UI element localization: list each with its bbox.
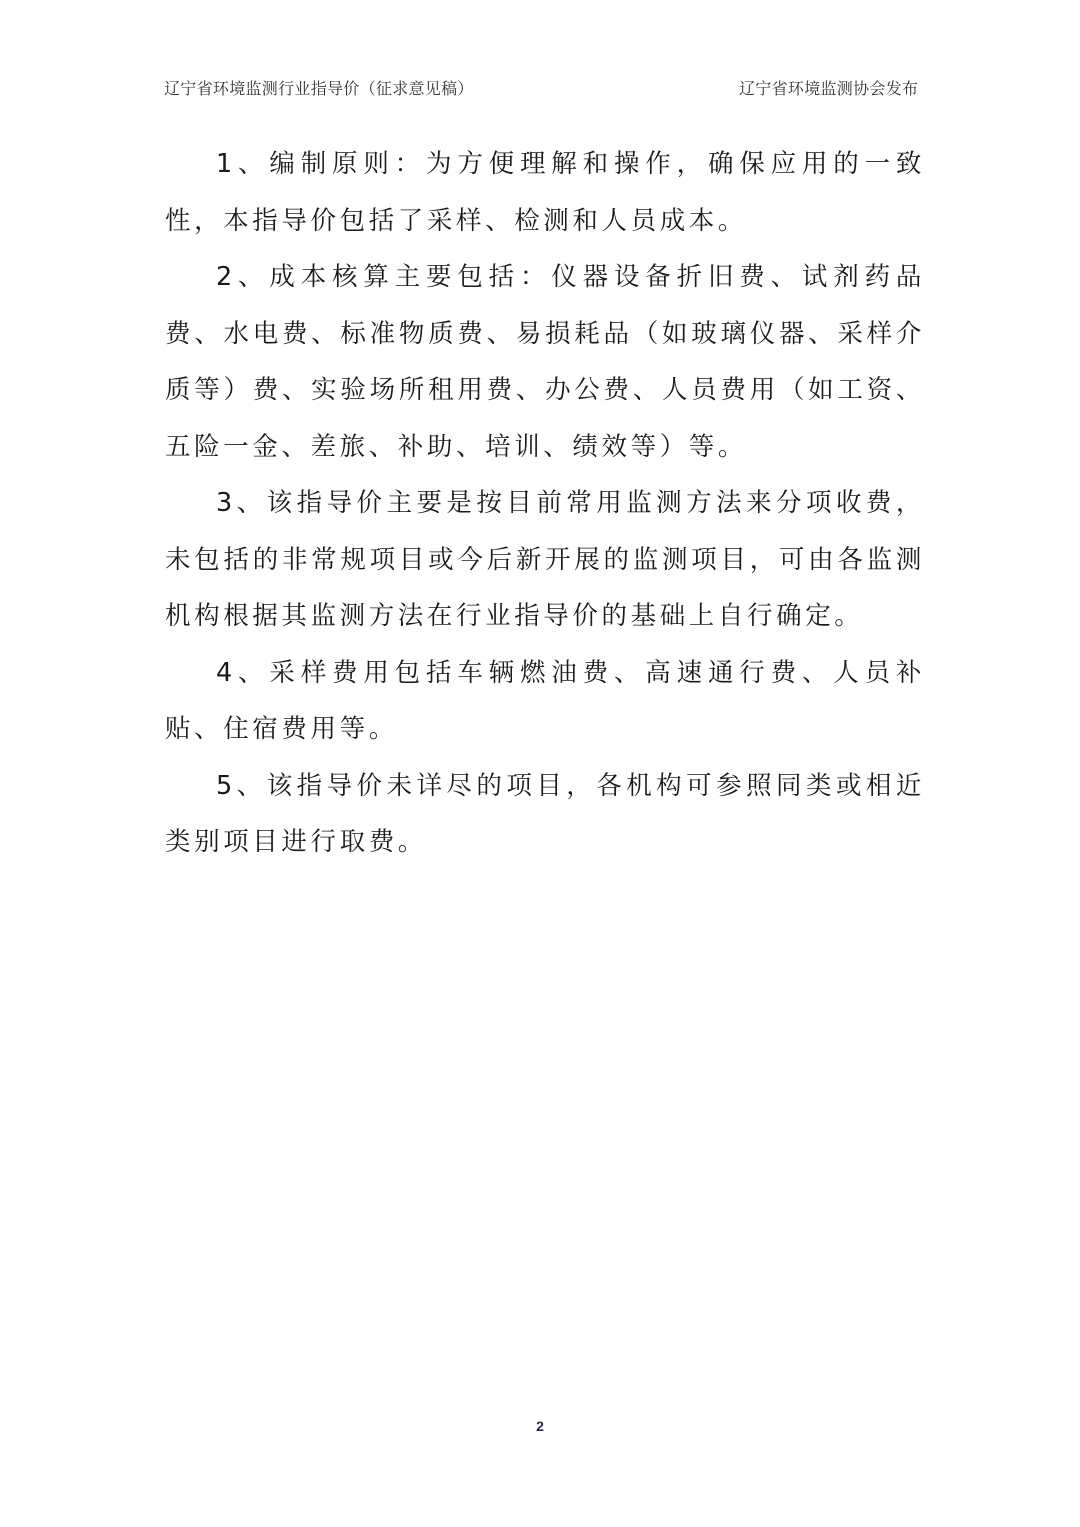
paragraph-unlisted-items: 5、该指导价未详尽的项目，各机构可参照同类或相近类别项目进行取费。: [165, 758, 925, 871]
paragraph-pricing-method: 3、该指导价主要是按目前常用监测方法来分项收费，未包括的非常规项目或今后新开展的…: [165, 475, 925, 645]
paragraph-cost-accounting: 2、成本核算主要包括：仪器设备折旧费、试剂药品费、水电费、标准物质费、易损耗品（…: [165, 249, 925, 475]
page-number: 2: [0, 1418, 1080, 1434]
document-body: 1、编制原则：为方便理解和操作，确保应用的一致性，本指导价包括了采样、检测和人员…: [165, 136, 925, 871]
document-title: 辽宁省环境监测行业指导价（征求意见稿）: [164, 76, 474, 99]
publisher-label: 辽宁省环境监测协会发布: [739, 76, 918, 99]
paragraph-compilation-principle: 1、编制原则：为方便理解和操作，确保应用的一致性，本指导价包括了采样、检测和人员…: [165, 136, 925, 249]
paragraph-sampling-fees: 4、采样费用包括车辆燃油费、高速通行费、人员补贴、住宿费用等。: [165, 645, 925, 758]
page-header: 辽宁省环境监测行业指导价（征求意见稿） 辽宁省环境监测协会发布: [0, 76, 1080, 102]
